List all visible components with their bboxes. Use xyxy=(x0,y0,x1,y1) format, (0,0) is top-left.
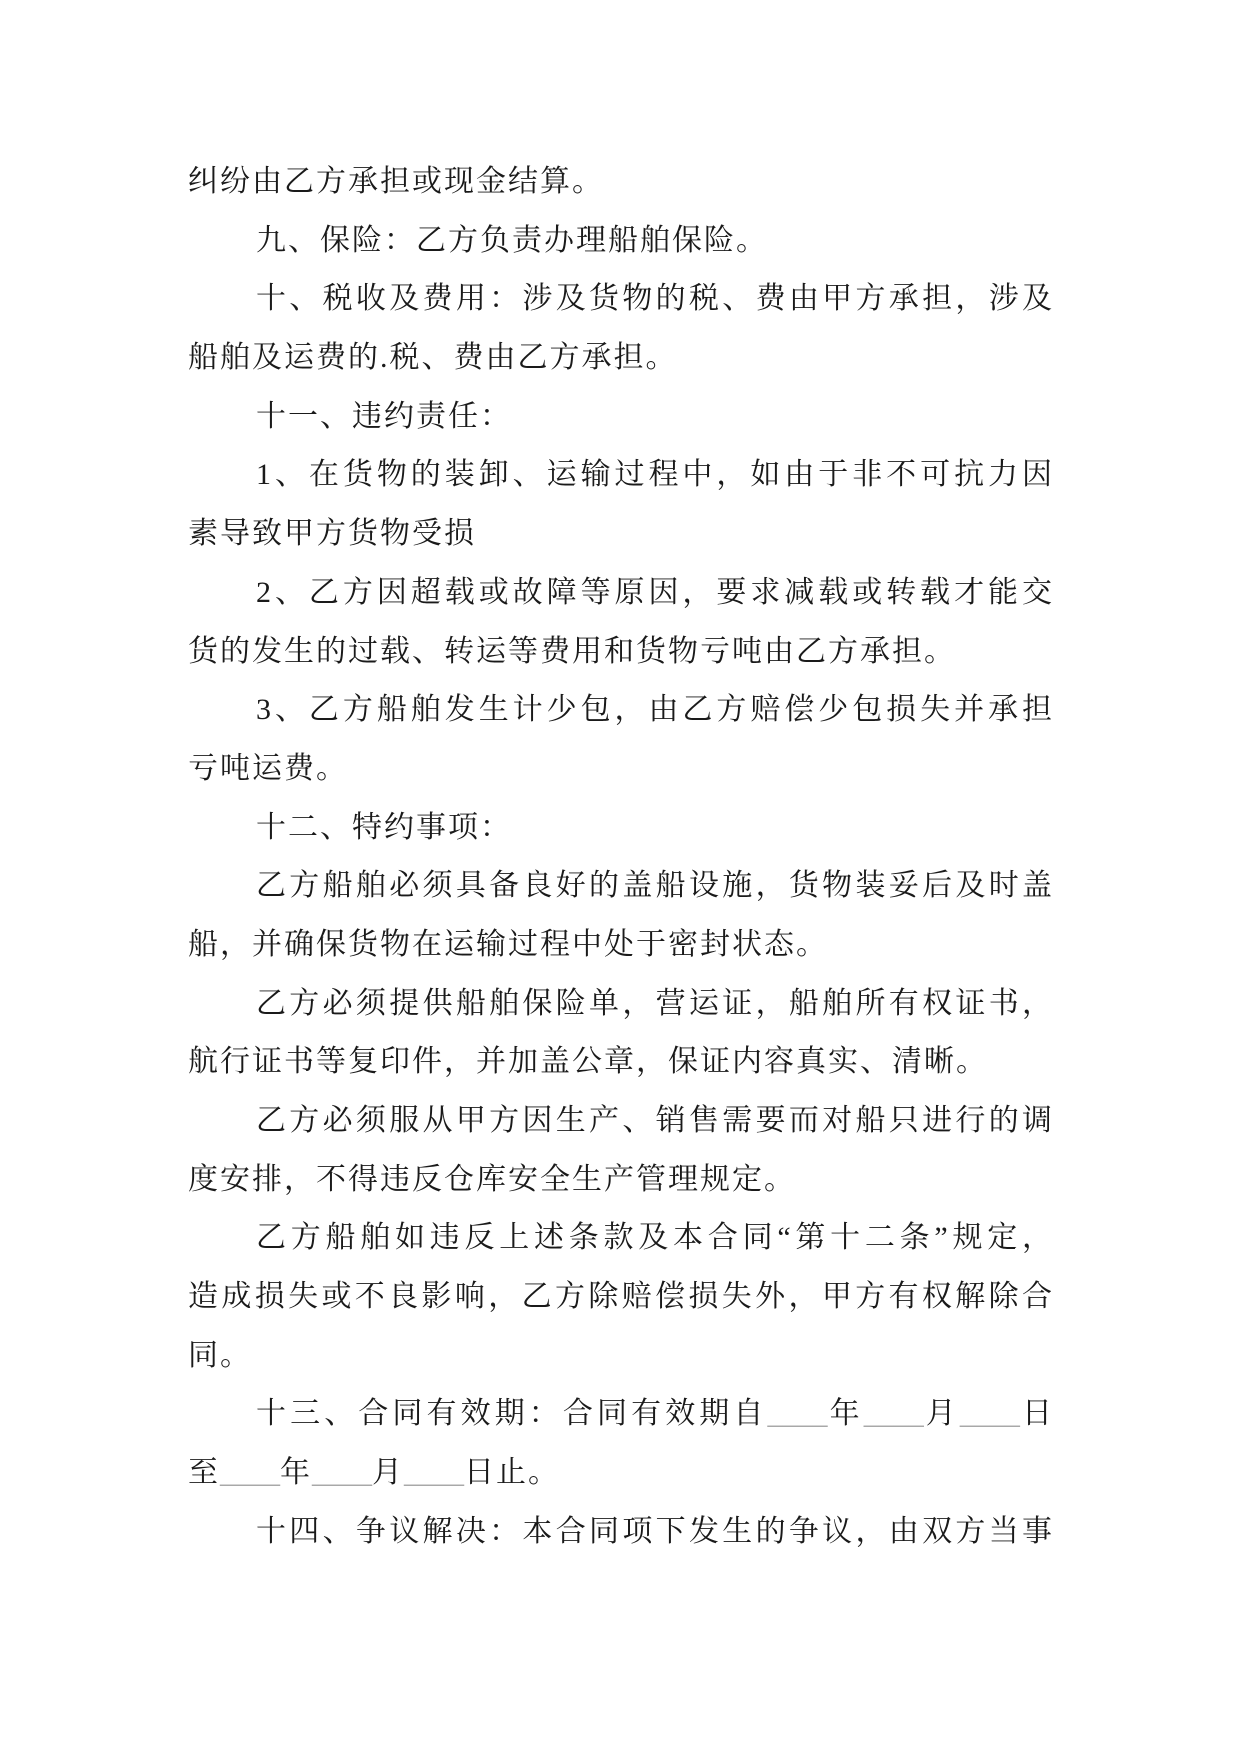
text-segment: 1、在货物的装卸、运输过程中，如由于非不可抗力因 xyxy=(256,458,1054,491)
document-page: 纠纷由乙方承担或现金结算。九、保险：乙方负责办理船舶保险。十、税收及费用：涉及货… xyxy=(0,0,1241,1754)
text-segment: 月 xyxy=(372,1456,404,1489)
text-line: 货的发生的过载、转运等费用和货物亏吨由乙方承担。 xyxy=(188,623,1054,682)
fill-in-blank: ____ xyxy=(864,1397,924,1430)
text-line: 十二、特约事项： xyxy=(188,799,1054,858)
fill-in-blank: ____ xyxy=(312,1456,372,1489)
text-line: 船舶及运费的.税、费由乙方承担。 xyxy=(188,329,1054,388)
text-line: 同。 xyxy=(188,1327,1054,1386)
text-line: 乙方必须提供船舶保险单，营运证，船舶所有权证书， xyxy=(188,975,1054,1034)
text-line: 3、乙方船舶发生计少包，由乙方赔偿少包损失并承担 xyxy=(188,681,1054,740)
text-line: 船，并确保货物在运输过程中处于密封状态。 xyxy=(188,916,1054,975)
fill-in-blank: ____ xyxy=(768,1397,828,1430)
text-line: 度安排，不得违反仓库安全生产管理规定。 xyxy=(188,1151,1054,1210)
text-segment: 年 xyxy=(280,1456,312,1489)
text-line: 纠纷由乙方承担或现金结算。 xyxy=(188,153,1054,212)
text-line: 2、乙方因超载或故障等原因，要求减载或转载才能交 xyxy=(188,564,1054,623)
text-segment: 纠纷由乙方承担或现金结算。 xyxy=(188,165,604,198)
text-segment: 造成损失或不良影响，乙方除赔偿损失外，甲方有权解除合 xyxy=(188,1280,1054,1313)
text-segment: 素导致甲方货物受损 xyxy=(188,517,476,550)
fill-in-blank: ____ xyxy=(960,1397,1020,1430)
text-line: 造成损失或不良影响，乙方除赔偿损失外，甲方有权解除合 xyxy=(188,1268,1054,1327)
text-segment: 同。 xyxy=(188,1339,252,1372)
text-segment: 乙方必须服从甲方因生产、销售需要而对船只进行的调 xyxy=(256,1104,1054,1137)
text-line: 乙方船舶必须具备良好的盖船设施，货物装妥后及时盖 xyxy=(188,857,1054,916)
text-segment: 年 xyxy=(828,1397,864,1430)
text-line: 1、在货物的装卸、运输过程中，如由于非不可抗力因 xyxy=(188,446,1054,505)
text-segment: 九、保险：乙方负责办理船舶保险。 xyxy=(256,224,768,257)
text-segment: 十三、合同有效期：合同有效期自 xyxy=(256,1397,768,1430)
text-segment: 日 xyxy=(1020,1397,1054,1430)
text-segment: 十二、特约事项： xyxy=(256,811,512,844)
text-line: 素导致甲方货物受损 xyxy=(188,505,1054,564)
text-segment: 度安排，不得违反仓库安全生产管理规定。 xyxy=(188,1163,796,1196)
text-segment: 航行证书等复印件，并加盖公章，保证内容真实、清晰。 xyxy=(188,1045,988,1078)
text-line: 至____年____月____日止。 xyxy=(188,1444,1054,1503)
text-line: 九、保险：乙方负责办理船舶保险。 xyxy=(188,212,1054,271)
text-line: 十一、违约责任： xyxy=(188,388,1054,447)
text-line: 乙方必须服从甲方因生产、销售需要而对船只进行的调 xyxy=(188,1092,1054,1151)
text-segment: 亏吨运费。 xyxy=(188,752,348,785)
text-segment: 船，并确保货物在运输过程中处于密封状态。 xyxy=(188,928,828,961)
text-segment: 3、乙方船舶发生计少包，由乙方赔偿少包损失并承担 xyxy=(256,693,1054,726)
text-segment: 月 xyxy=(924,1397,960,1430)
text-segment: 2、乙方因超载或故障等原因，要求减载或转载才能交 xyxy=(256,576,1054,609)
text-line: 十四、争议解决：本合同项下发生的争议，由双方当事 xyxy=(188,1503,1054,1562)
text-line: 十、税收及费用：涉及货物的税、费由甲方承担，涉及 xyxy=(188,270,1054,329)
text-segment: 乙方必须提供船舶保险单，营运证，船舶所有权证书， xyxy=(256,987,1054,1020)
text-segment: 至 xyxy=(188,1456,220,1489)
fill-in-blank: ____ xyxy=(220,1456,280,1489)
text-line: 乙方船舶如违反上述条款及本合同“第十二条”规定， xyxy=(188,1209,1054,1268)
text-line: 十三、合同有效期：合同有效期自____年____月____日 xyxy=(188,1385,1054,1444)
text-line: 航行证书等复印件，并加盖公章，保证内容真实、清晰。 xyxy=(188,1033,1054,1092)
fill-in-blank: ____ xyxy=(404,1456,464,1489)
contract-text-block: 纠纷由乙方承担或现金结算。九、保险：乙方负责办理船舶保险。十、税收及费用：涉及货… xyxy=(188,153,1054,1562)
text-segment: 乙方船舶必须具备良好的盖船设施，货物装妥后及时盖 xyxy=(256,869,1054,902)
text-line: 亏吨运费。 xyxy=(188,740,1054,799)
text-segment: 十一、违约责任： xyxy=(256,400,512,433)
text-segment: 十四、争议解决：本合同项下发生的争议，由双方当事 xyxy=(256,1515,1054,1548)
text-segment: 十、税收及费用：涉及货物的税、费由甲方承担，涉及 xyxy=(256,282,1054,315)
text-segment: 货的发生的过载、转运等费用和货物亏吨由乙方承担。 xyxy=(188,635,956,668)
text-segment: 日止。 xyxy=(464,1456,560,1489)
text-segment: 乙方船舶如违反上述条款及本合同“第十二条”规定， xyxy=(256,1221,1054,1254)
text-segment: 船舶及运费的.税、费由乙方承担。 xyxy=(188,341,678,374)
